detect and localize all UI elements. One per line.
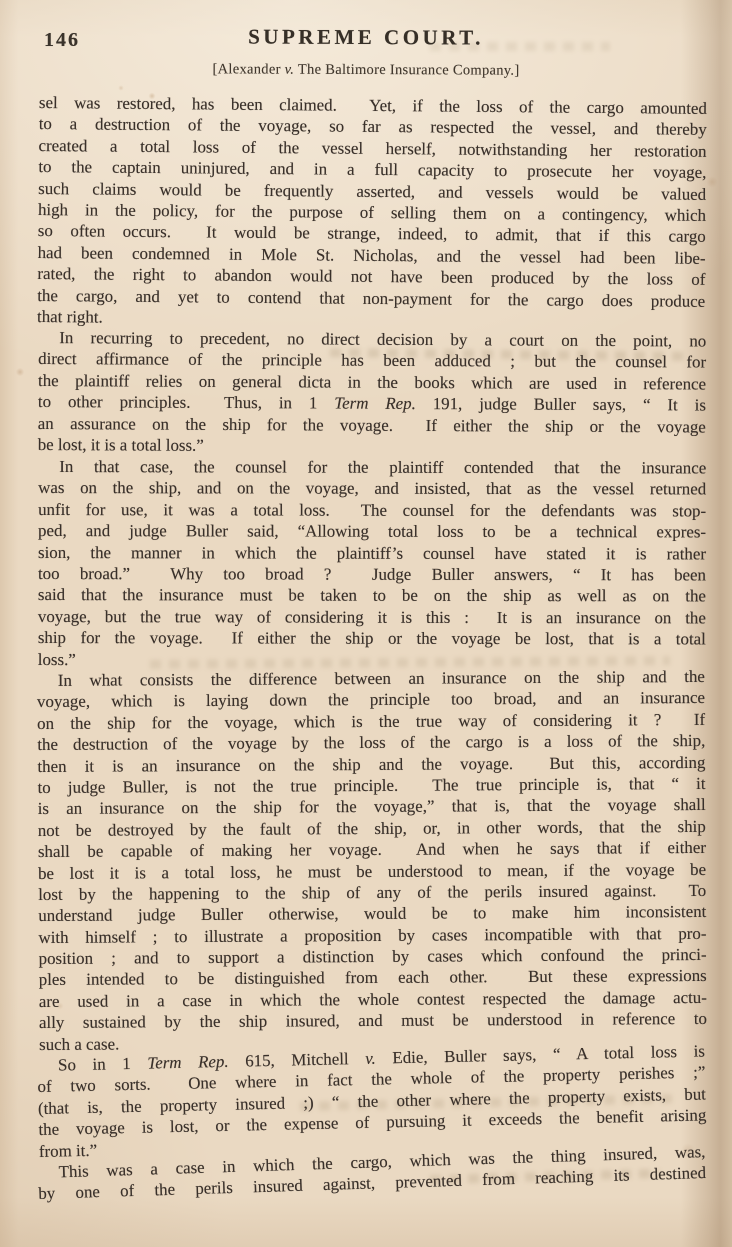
text-line: too broad.” Why too broad ? Judge Buller… [38,563,706,586]
text-line: understand judge Buller otherwise, would… [38,901,706,926]
body-text: sel was restored, has been claimed. Yet,… [38,92,706,1204]
case-caption: [Alexander v. The Baltimore Insurance Co… [0,61,732,79]
text-line: voyage, which is laying down the princip… [37,687,705,712]
text-line: shall be capable of making her voyage. A… [38,837,706,862]
text-line: the destruction of the voyage by the los… [37,730,705,755]
text-line: ally sustained by the ship insured, and … [39,1008,707,1033]
text-line: said that the insurance must be taken to… [38,584,706,607]
text-line: sion, the manner in which the plaintiff’… [38,541,706,564]
text-line: unfit for use, it was a total loss. The … [38,498,706,521]
text-line: ship for the voyage. If either the ship … [38,627,706,650]
paragraph: In that case, the counsel for the plaint… [38,456,706,671]
text-line: voyage, but the true way of considering … [38,605,706,628]
paragraph: In recurring to precedent, no direct dec… [38,327,707,459]
text-line: ped, and judge Buller said, “Allowing to… [38,520,706,543]
text-line: was on the ship, and on the voyage, and … [38,477,706,500]
running-head: SUPREME COURT. [0,25,732,49]
paragraph: sel was restored, has been claimed. Yet,… [37,92,707,333]
text-line: is an insurance on the ship for the voya… [38,794,706,819]
paragraph: In what consists the difference between … [37,665,707,1054]
text-line: In that case, the counsel for the plaint… [38,456,706,479]
book-page: 146 SUPREME COURT. [Alexander v. The Bal… [0,0,732,1247]
